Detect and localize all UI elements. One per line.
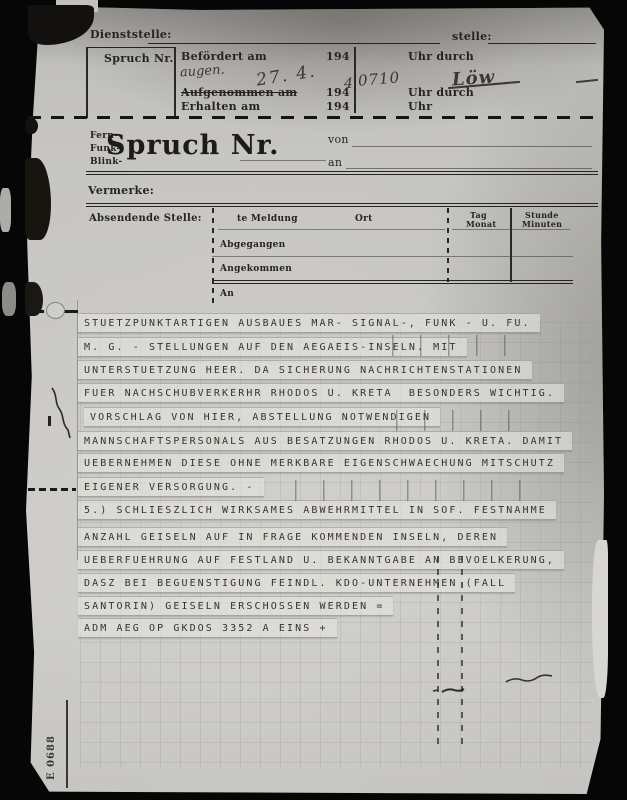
message-line: UEBERFUEHRUNG AUF FESTLAND U. BEKANNTGAB… [78,550,564,570]
stamp-rule [66,700,68,788]
befoerdert-label: Befördert am [181,50,267,63]
message-line: 5.) SCHLIESZLICH WIRKSAMES ABWEHRMITTEL … [78,500,556,520]
message-line: UEBERNEHMEN DIESE OHNE MERKBARE EIGENSCH… [78,453,564,473]
stelle-line [488,43,596,44]
message-line: FUER NACHSCHUBVERKERHR RHODOS U. KRETA B… [78,383,564,403]
message-line: ADM AEG OP GKDOS 3352 A EINS + [78,618,337,638]
torn-edge-shadow [25,118,38,134]
abgegangen-label: Abgegangen [220,240,286,250]
paper-crack [48,386,74,442]
vermerke-label: Vermerke: [88,184,154,197]
torn-edge-shadow [25,282,43,316]
year-row1: 194 [326,50,350,63]
dashed-separator [28,116,600,119]
te-meldung-header: te Meldung [237,214,298,224]
pencil-scribbles [430,670,580,700]
uhr-durch-row1: Uhr durch [408,50,474,63]
von-label: von [328,133,349,146]
header-underline-right [452,229,570,230]
minuten-header: Minuten [522,219,562,229]
von-line [352,146,592,147]
absendende-stelle-label: Absendende Stelle: [89,213,202,224]
header-underline-left [218,229,445,230]
pencil-dashed-line [437,556,439,746]
aufgenommen-label: Aufgenommen am [181,86,297,99]
archive-stamp: E 0688 [46,714,57,780]
message-line: ANZAHL GEISELN AUF IN FRAGE KOMMENDEN IN… [78,527,507,547]
table-divider-dashed-1 [212,208,214,306]
message-line: STUETZPUNKTARTIGEN AUSBAUES MAR- SIGNAL-… [78,313,540,333]
spruchbox-right-border [174,47,176,118]
dienststelle-line [148,43,440,44]
torn-edge-light [592,540,608,698]
photo-frame: Dienststelle: stelle: Spruch Nr. Beförde… [0,0,627,800]
margin-dash [64,310,78,313]
ort-header: Ort [355,214,373,224]
pencil-dashed-line [461,556,463,746]
time-column-divider [354,47,356,113]
angekommen-label: Angekommen [220,264,292,274]
handwritten-note: augen. [180,62,226,80]
uhr-row3: Uhr [408,100,432,113]
torn-paper-debris [2,282,16,316]
spruchbox-top-border [86,47,174,48]
an-row-label: An [220,289,234,299]
double-rule-3 [212,280,573,284]
table-divider-dashed-2 [447,208,449,282]
spruch-nr-label: Spruch Nr. [104,52,174,65]
year-row3: 194 [326,100,350,113]
stelle-label: stelle: [452,30,492,43]
an-label: an [328,156,342,169]
message-line: UNTERSTUETZUNG HEER. DA SICHERUNG NACHRI… [78,360,532,380]
monat-header: Monat [466,219,496,229]
handwritten-time: 0710 [357,68,401,90]
dienststelle-label: Dienststelle: [90,28,172,41]
message-line: EIGENER VERSORGUNG. - [78,477,264,497]
message-line: VORSCHLAG VON HIER, ABSTELLUNG NOTWENDIG… [84,407,440,427]
margin-dashes [28,488,76,491]
erhalten-label: Erhalten am [181,100,260,113]
handwritten-year-digit: 4 [344,76,353,92]
torn-paper-debris [0,188,11,232]
table-divider-solid [510,208,512,282]
an-line [346,168,592,169]
row-line-1 [212,256,573,257]
message-line: SANTORIN) GEISELN ERSCHOSSEN WERDEN = [78,596,393,616]
spruchbox-left-border [86,47,88,118]
spruch-nr-title: Spruch Nr. [106,130,280,161]
double-rule-1 [86,171,598,175]
message-line: DASZ BEI BEGUENSTIGUNG FEINDL. KDO-UNTER… [78,573,515,593]
pencil-ticks [392,335,512,356]
double-rule-2 [86,203,598,207]
message-line: MANNSCHAFTSPERSONALS AUS BESATZUNGEN RHO… [78,431,572,451]
punch-hole [46,302,65,319]
pencil-ticks [295,480,525,501]
pencil-ticks [396,410,522,431]
